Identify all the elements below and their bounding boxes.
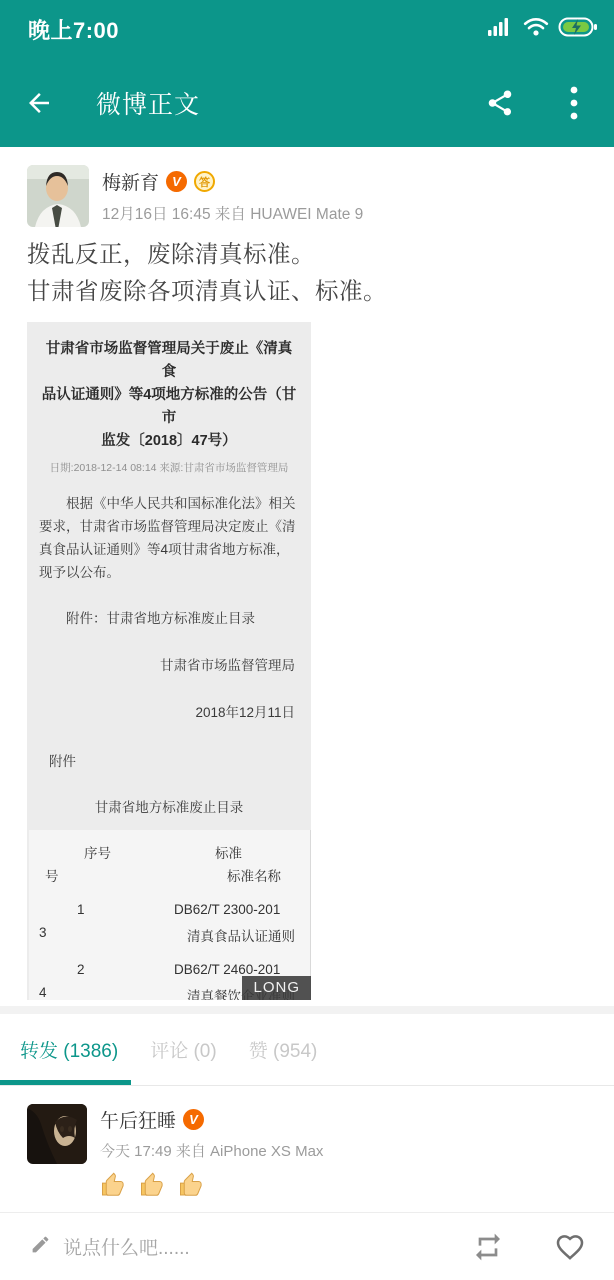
signal-icon: [488, 16, 514, 43]
author-name[interactable]: 梅新育: [102, 168, 159, 195]
doc-table-row: 1DB62/T 2300-201: [29, 902, 310, 925]
doc-table: 序号标准 号标准名称 1DB62/T 2300-201 3清真食品认证通则 2D…: [29, 830, 311, 1000]
doc-attachment-line: 附件：甘肃省地方标准废止目录: [39, 607, 299, 627]
overflow-menu-button[interactable]: [554, 83, 594, 123]
status-bar: 晚上7:00: [0, 0, 614, 58]
post-text-line: 甘肃省废除各项清真认证、标准。: [27, 273, 587, 310]
doc-catalog-title: 甘肃省地方标准废止目录: [39, 796, 299, 816]
tab-bar: 转发 (1386) 评论 (0) 赞 (954): [0, 1014, 614, 1086]
repost-content-thumbs: [100, 1170, 323, 1205]
repost-user-avatar[interactable]: [27, 1104, 87, 1164]
status-icons: [488, 16, 598, 43]
qa-badge-icon: 答: [194, 171, 215, 192]
doc-dateline: 日期:2018-12-14 08:14 来源:甘肃省市场监督管理局: [39, 460, 299, 475]
post-header: 梅新育 V 答 12月16日 16:45 来自 HUAWEI Mate 9: [27, 165, 587, 227]
page-title: 微博正文: [96, 85, 480, 121]
bottom-bar: 说点什么吧......: [0, 1212, 614, 1280]
thumbs-up-emoji: [100, 1170, 130, 1205]
active-tab-underline: [0, 1080, 131, 1085]
comment-input-placeholder: 说点什么吧......: [63, 1233, 190, 1260]
tab-likes[interactable]: 赞 (954): [249, 1036, 318, 1063]
repost-button[interactable]: [468, 1227, 508, 1267]
status-time: 晚上7:00: [28, 14, 119, 45]
like-heart-button[interactable]: [550, 1227, 590, 1267]
repost-timestamp-source: 今天 17:49 来自 AiPhone XS Max: [100, 1140, 323, 1161]
author-avatar[interactable]: [27, 165, 89, 227]
repost-item[interactable]: 午后狂睡 V 今天 17:49 来自 AiPhone XS Max: [0, 1086, 614, 1222]
verified-badge-icon: V: [166, 171, 187, 192]
tab-reposts[interactable]: 转发 (1386): [20, 1036, 118, 1063]
app-bar: 微博正文: [0, 58, 614, 147]
post: 梅新育 V 答 12月16日 16:45 来自 HUAWEI Mate 9 拨乱…: [0, 147, 614, 1000]
wifi-icon: [523, 16, 549, 43]
doc-issue-date: 2018年12月11日: [39, 701, 299, 721]
attached-document-image[interactable]: 甘肃省市场监督管理局关于废止《清真食 品认证通则》等4项地方标准的公告（甘市 监…: [27, 322, 311, 1000]
compose-pencil-icon: [30, 1234, 51, 1260]
doc-table-header-line: 序号标准: [29, 842, 310, 865]
tab-comments[interactable]: 评论 (0): [150, 1036, 217, 1063]
battery-charging-icon: [558, 16, 598, 43]
weibo-post-detail-screen: 晚上7:00 微博正文: [0, 0, 614, 1280]
doc-appendix-label: 附件: [39, 750, 299, 770]
top-bar: 晚上7:00 微博正文: [0, 0, 614, 147]
doc-body: 根据《中华人民共和国标准化法》相关要求，甘肃省市场监督管理局决定废止《清真食品认…: [39, 492, 299, 584]
post-text-line: 拨乱反正，废除清真标准。: [27, 236, 587, 273]
verified-badge-icon: V: [183, 1109, 204, 1130]
thumbs-up-emoji: [178, 1170, 208, 1205]
comment-input[interactable]: 说点什么吧......: [30, 1233, 468, 1260]
thumbs-up-emoji: [139, 1170, 169, 1205]
back-button[interactable]: [24, 81, 68, 125]
long-image-badge: LONG: [242, 976, 311, 1000]
doc-table-header-line: 号标准名称: [29, 865, 310, 888]
repost-user-name[interactable]: 午后狂睡: [100, 1106, 176, 1133]
doc-issuer: 甘肃省市场监督管理局: [39, 654, 299, 674]
post-timestamp-source: 12月16日 16:45 来自 HUAWEI Mate 9: [102, 202, 363, 224]
share-button[interactable]: [480, 83, 520, 123]
section-divider: [0, 1006, 614, 1014]
doc-title: 甘肃省市场监督管理局关于废止《清真食 品认证通则》等4项地方标准的公告（甘市 监…: [39, 338, 299, 453]
post-text: 拨乱反正，废除清真标准。 甘肃省废除各项清真认证、标准。: [27, 236, 587, 310]
doc-table-row: 3清真食品认证通则: [29, 925, 310, 948]
